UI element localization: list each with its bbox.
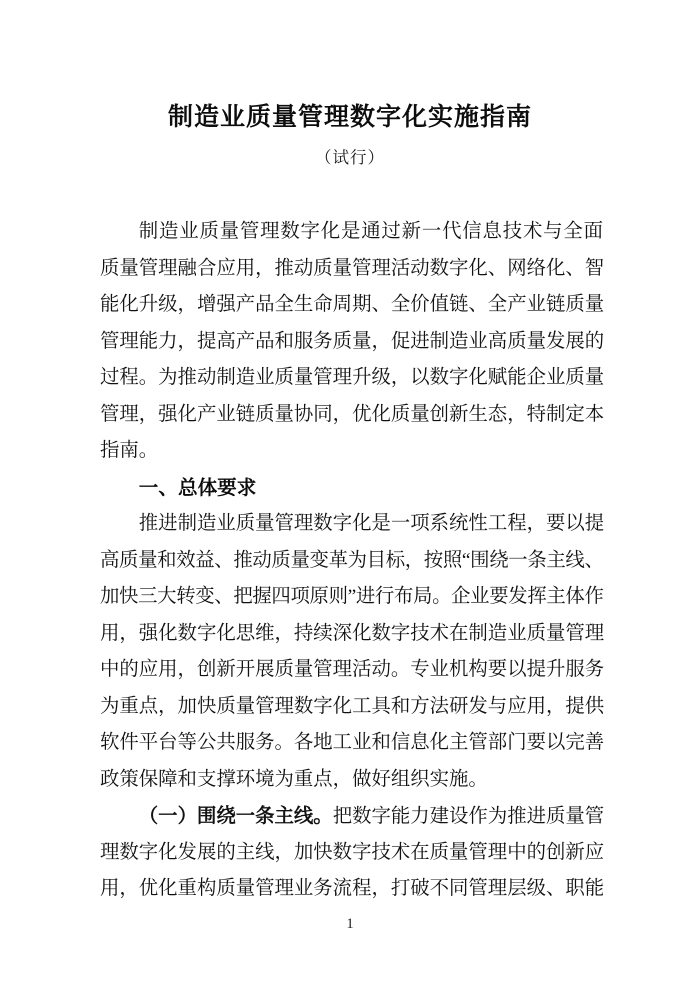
paragraph-line: 软件平台等公共服务。各地工业和信息化主管部门要以完善 [100,725,603,762]
document-body: 制造业质量管理数字化是通过新一代信息技术与全面 质量管理融合应用，推动质量管理活… [100,214,603,908]
paragraph-line: 理数字化发展的主线，加快数字技术在质量管理中的创新应 [100,835,603,872]
document-page: 制造业质量管理数字化实施指南 （试行） 制造业质量管理数字化是通过新一代信息技术… [0,0,700,989]
paragraph-line: 管理能力，提高产品和服务质量，促进制造业高质量发展的 [100,324,603,361]
document-title: 制造业质量管理数字化实施指南 [0,97,700,133]
paragraph-line: 管理，强化产业链质量协同，优化质量创新生态，特制定本 [100,397,603,434]
page-number: 1 [0,916,700,933]
paragraph-line: 用，强化数字化思维，持续深化数字技术在制造业质量管理 [100,616,603,653]
paragraph-line: 用，优化重构质量管理业务流程，打破不同管理层级、职能 [100,871,603,908]
document-subtitle: （试行） [0,144,700,168]
paragraph: 制造业质量管理数字化是通过新一代信息技术与全面 质量管理融合应用，推动质量管理活… [100,214,603,470]
section-heading: 一、总体要求 [100,470,603,507]
paragraph-line: 过程。为推动制造业质量管理升级，以数字化赋能企业质量 [100,360,603,397]
paragraph-line: 推进制造业质量管理数字化是一项系统性工程，要以提 [100,506,603,543]
paragraph-line: 中的应用，创新开展质量管理活动。专业机构要以提升服务 [100,652,603,689]
paragraph: 推进制造业质量管理数字化是一项系统性工程，要以提 高质量和效益、推动质量变革为目… [100,506,603,798]
paragraph-lead: （一）围绕一条主线。 [139,805,333,827]
paragraph-line: 政策保障和支撑环境为重点，做好组织实施。 [100,762,603,799]
paragraph-line: （一）围绕一条主线。把数字能力建设作为推进质量管 [100,798,603,835]
paragraph: （一）围绕一条主线。把数字能力建设作为推进质量管 理数字化发展的主线，加快数字技… [100,798,603,908]
paragraph-lead-rest: 把数字能力建设作为推进质量管 [333,806,604,827]
paragraph-line: 加快三大转变、把握四项原则”进行布局。企业要发挥主体作 [100,579,603,616]
paragraph-line: 为重点，加快质量管理数字化工具和方法研发与应用，提供 [100,689,603,726]
paragraph-line: 制造业质量管理数字化是通过新一代信息技术与全面 [100,214,603,251]
paragraph-line: 高质量和效益、推动质量变革为目标，按照“围绕一条主线、 [100,543,603,580]
paragraph-line: 能化升级，增强产品全生命周期、全价值链、全产业链质量 [100,287,603,324]
paragraph-line: 质量管理融合应用，推动质量管理活动数字化、网络化、智 [100,251,603,288]
paragraph-line: 指南。 [100,433,603,470]
